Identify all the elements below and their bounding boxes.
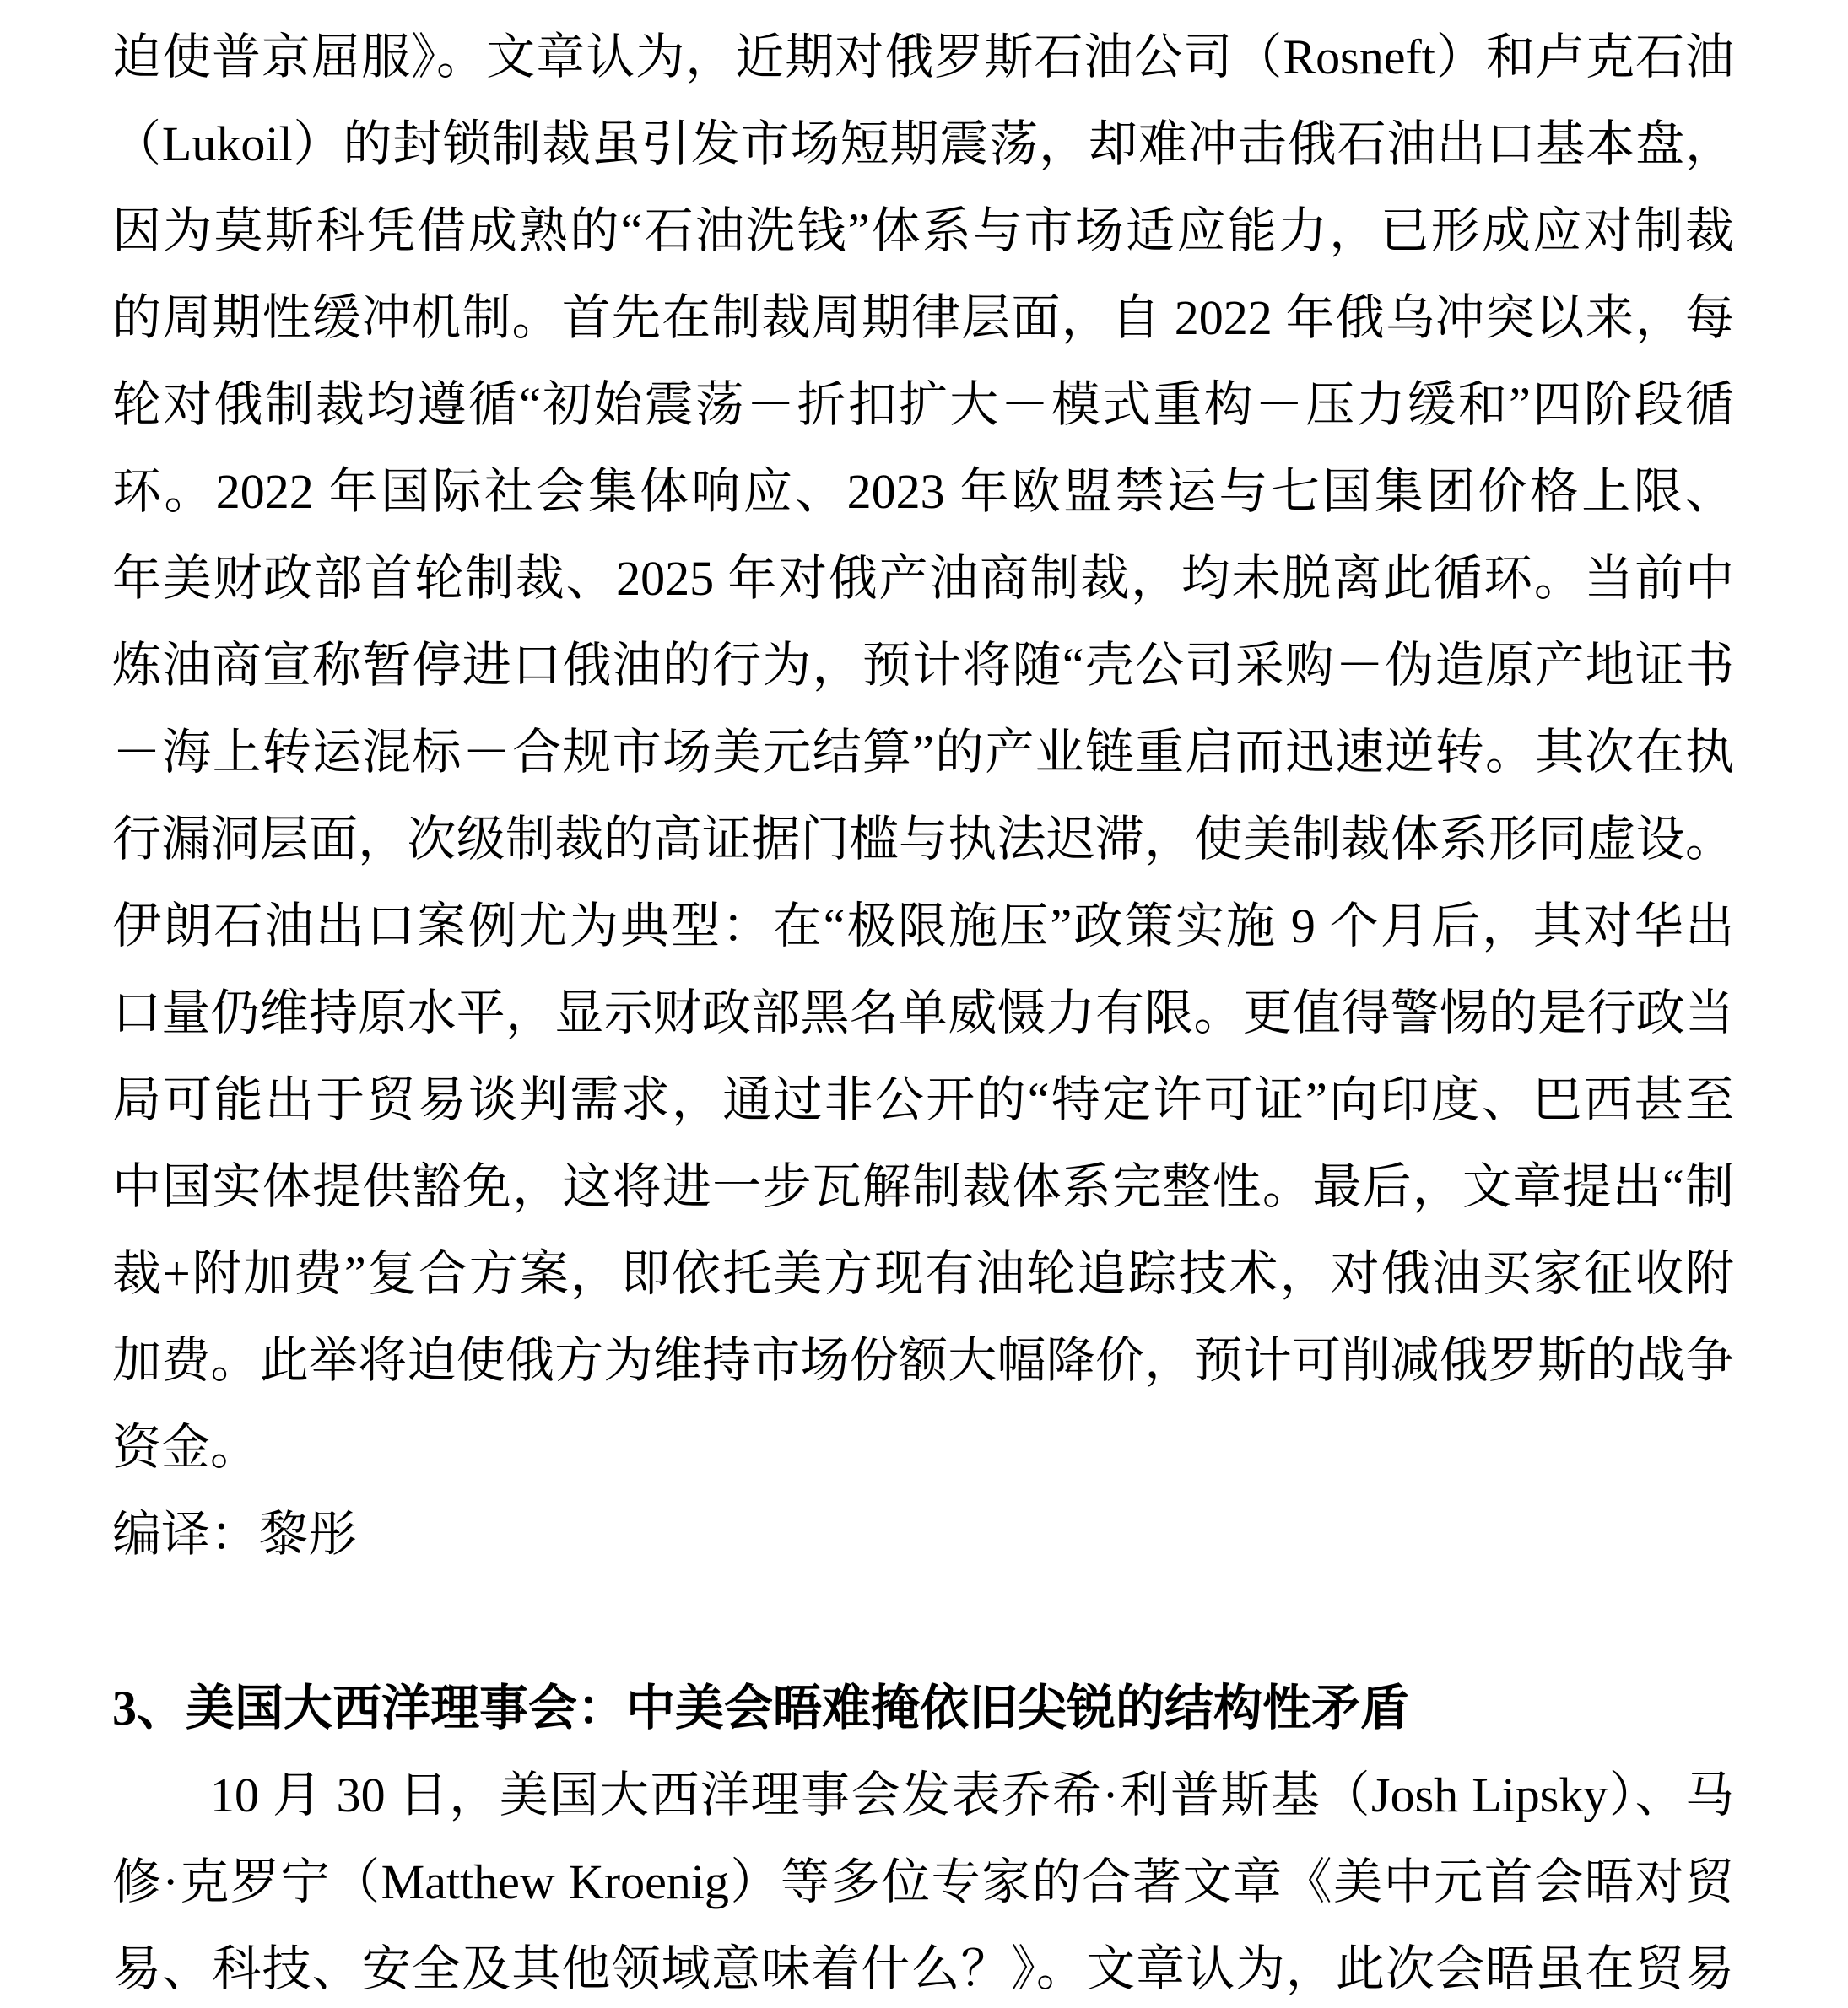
section3-paragraph: 10 月 30 日，美国大西洋理事会发表乔希·利普斯基（Josh Lipsky）… bbox=[112, 1752, 1734, 2008]
paragraph1-line: 口量仍维持原水平，显示财政部黑名单威慑力有限。更值得警惕的是行政当 bbox=[112, 969, 1734, 1056]
byline: 编译：黎彤 bbox=[112, 1491, 1734, 1578]
paragraph1-line: 伊朗石油出口案例尤为典型：在“极限施压”政策实施 9 个月后，其对华出 bbox=[112, 883, 1734, 969]
paragraph-continuation: 迫使普京屈服》。文章认为，近期对俄罗斯石油公司（Rosneft）和卢克石油 （L… bbox=[112, 13, 1734, 1491]
paragraph1-line: 中国实体提供豁免，这将进一步瓦解制裁体系完整性。最后，文章提出“制 bbox=[112, 1143, 1734, 1230]
paragraph1-line: 局可能出于贸易谈判需求，通过非公开的“特定许可证”向印度、巴西甚至 bbox=[112, 1056, 1734, 1143]
paragraph1-line: 裁+附加费”复合方案，即依托美方现有油轮追踪技术，对俄油买家征收附 bbox=[112, 1230, 1734, 1317]
paragraph1-line: －海上转运混标－合规市场美元结算”的产业链重启而迅速逆转。其次在执 bbox=[112, 709, 1734, 796]
document-page: 迫使普京屈服》。文章认为，近期对俄罗斯石油公司（Rosneft）和卢克石油 （L… bbox=[0, 0, 1848, 2008]
paragraph1-line: 环。2022 年国际社会集体响应、2023 年欧盟禁运与七国集团价格上限、202… bbox=[112, 448, 1734, 535]
paragraph1-line: 资金。 bbox=[112, 1404, 1734, 1491]
paragraph1-line: 因为莫斯科凭借成熟的“石油洗钱”体系与市场适应能力，已形成应对制裁 bbox=[112, 187, 1734, 274]
paragraph1-line: 年美财政部首轮制裁、2025 年对俄产油商制裁，均未脱离此循环。当前中印 bbox=[112, 535, 1734, 622]
paragraph1-line: 加费。此举将迫使俄方为维持市场份额大幅降价，预计可削减俄罗斯的战争 bbox=[112, 1317, 1734, 1404]
paragraph1-line: 行漏洞层面，次级制裁的高证据门槛与执法迟滞，使美制裁体系形同虚设。 bbox=[112, 796, 1734, 883]
section3-heading: 3、美国大西洋理事会：中美会晤难掩依旧尖锐的结构性矛盾 bbox=[112, 1665, 1734, 1752]
paragraph2-line: 10 月 30 日，美国大西洋理事会发表乔希·利普斯基（Josh Lipsky）… bbox=[112, 1752, 1734, 1838]
paragraph2-line: 修·克罗宁（Matthew Kroenig）等多位专家的合著文章《美中元首会晤对… bbox=[112, 1838, 1734, 1925]
paragraph1-line: 的周期性缓冲机制。首先在制裁周期律层面，自 2022 年俄乌冲突以来，每 bbox=[112, 274, 1734, 361]
paragraph1-line: 轮对俄制裁均遵循“初始震荡－折扣扩大－模式重构－压力缓和”四阶段循 bbox=[112, 361, 1734, 448]
paragraph1-line: 迫使普京屈服》。文章认为，近期对俄罗斯石油公司（Rosneft）和卢克石油 bbox=[112, 13, 1734, 100]
paragraph1-line: （Lukoil）的封锁制裁虽引发市场短期震荡，却难冲击俄石油出口基本盘， bbox=[112, 100, 1734, 187]
blank-line bbox=[112, 1578, 1734, 1665]
paragraph2-line: 易、科技、安全及其他领域意味着什么？》。文章认为，此次会晤虽在贸易领 bbox=[112, 1925, 1734, 2008]
paragraph1-line: 炼油商宣称暂停进口俄油的行为，预计将随“壳公司采购－伪造原产地证书 bbox=[112, 622, 1734, 709]
